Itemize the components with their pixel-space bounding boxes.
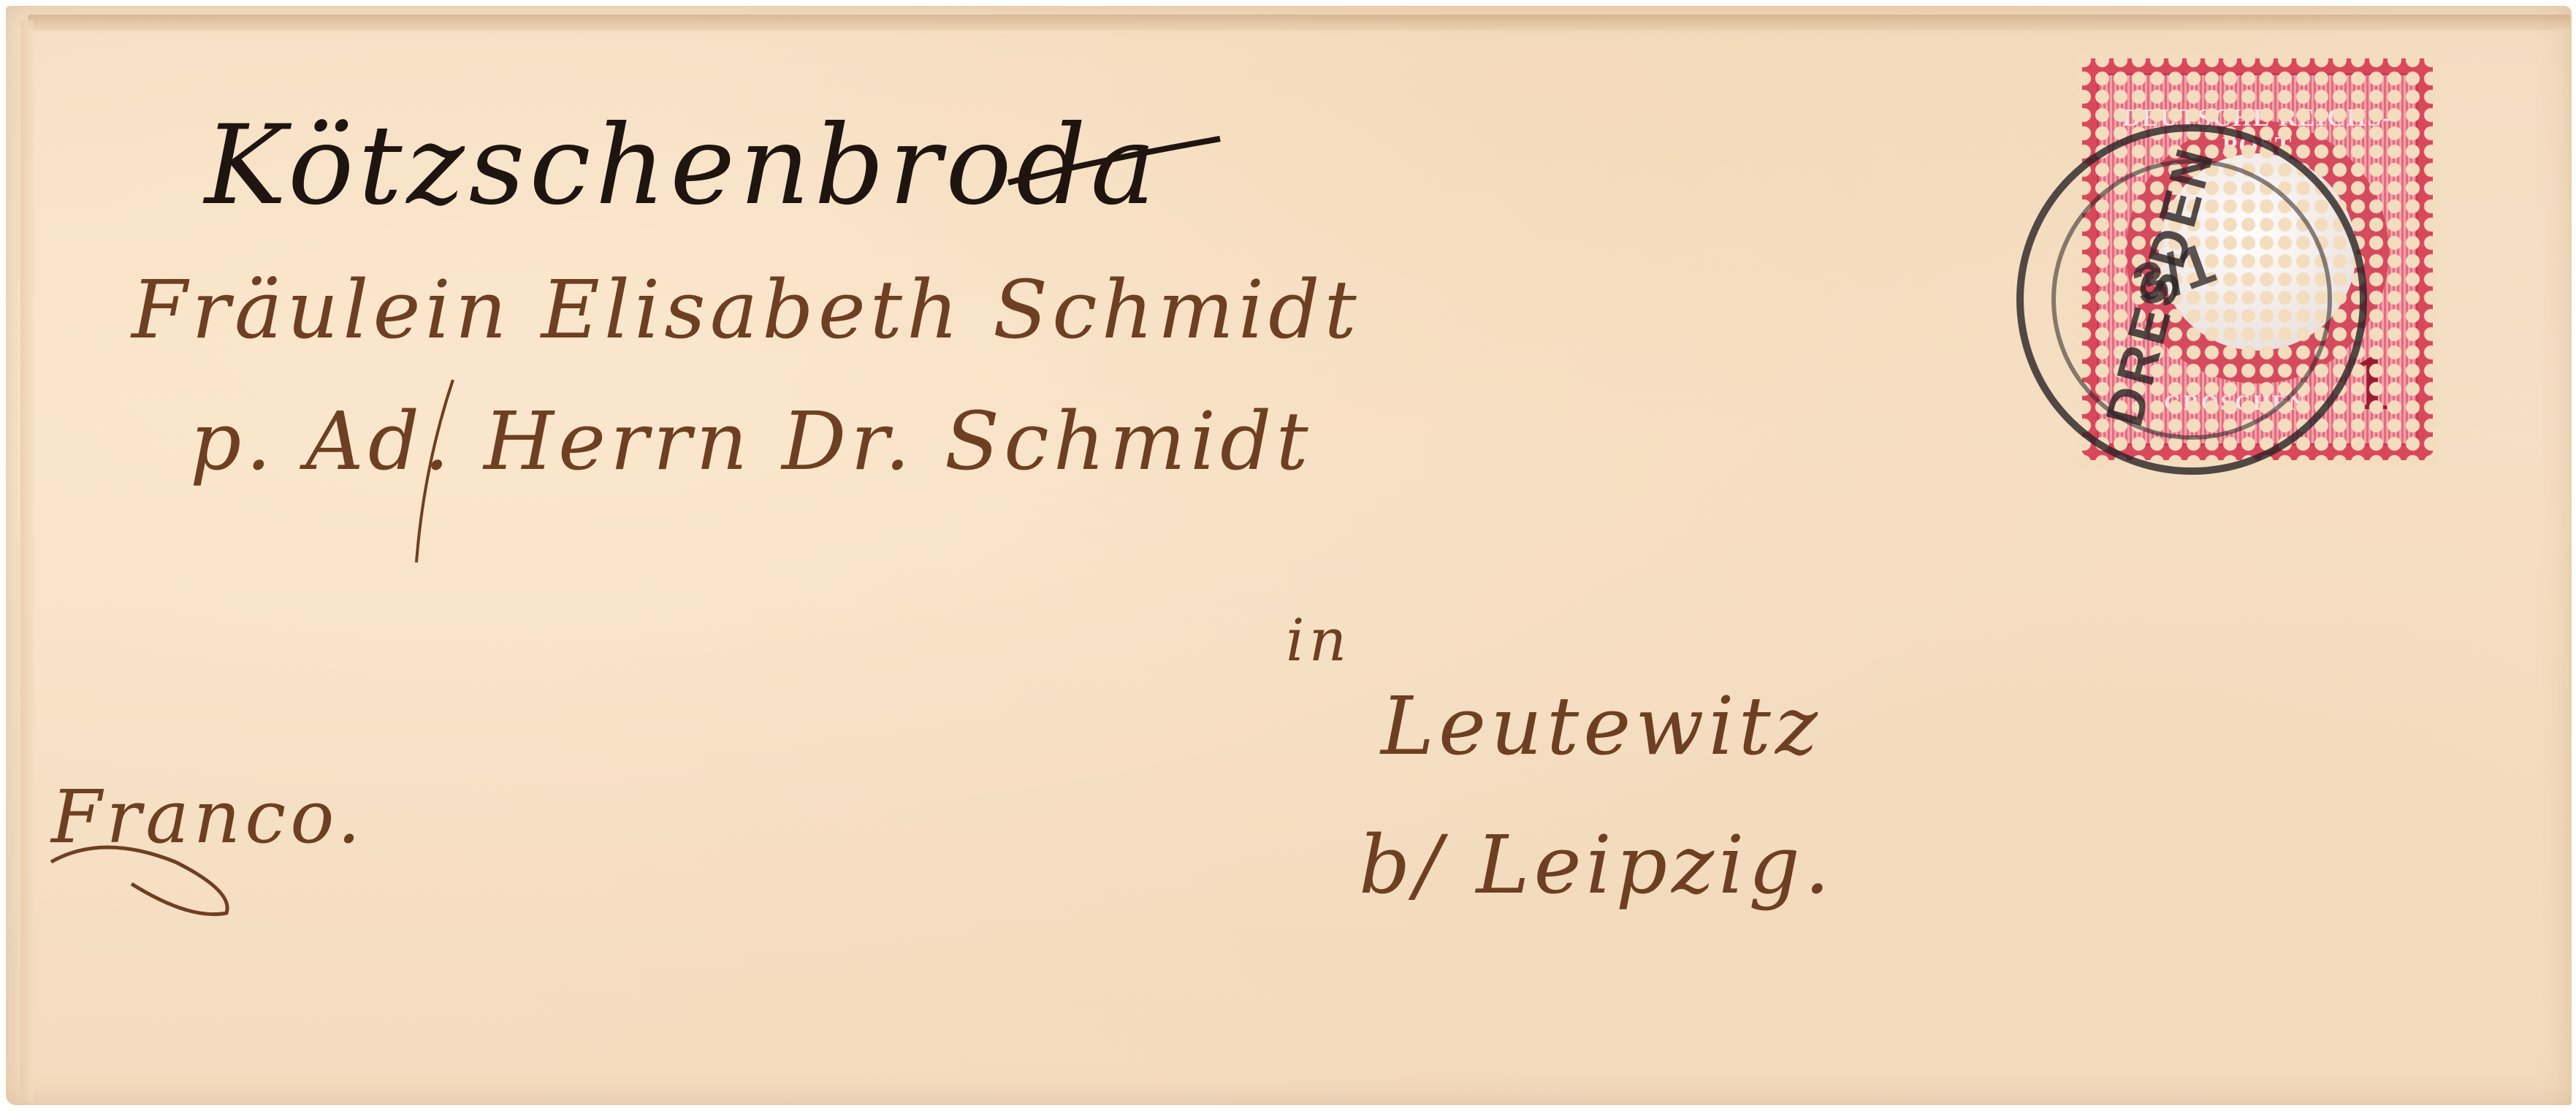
envelope-top-edge [28,15,2570,31]
care-of-handwriting: p. Ad. Herrn Dr. Schmidt [190,394,1313,488]
envelope-left-fold [20,20,34,1102]
destination-region-handwriting: b/ Leipzig. [1359,818,1834,912]
eagle-emblem-icon [2159,153,2356,351]
destination-town-handwriting: Leutewitz [1381,679,1822,773]
destination-prefix-handwriting: in [1286,606,1351,674]
postage-stamp: DEUTSCHE REICHS-POST GROSCHEN 1 [2082,58,2433,460]
sender-town-handwriting: Kötzschenbroda [205,102,1160,229]
stamp-inscription: DEUTSCHE REICHS-POST [2099,104,2416,160]
stamp-value: 1 [2351,336,2391,429]
stamp-frame: DEUTSCHE REICHS-POST GROSCHEN 1 [2097,73,2418,446]
stamp-denomination-text: GROSCHEN [2099,391,2372,416]
recipient-name-handwriting: Fräulein Elisabeth Schmidt [132,263,1361,356]
franco-note-handwriting: Franco. [51,774,365,860]
